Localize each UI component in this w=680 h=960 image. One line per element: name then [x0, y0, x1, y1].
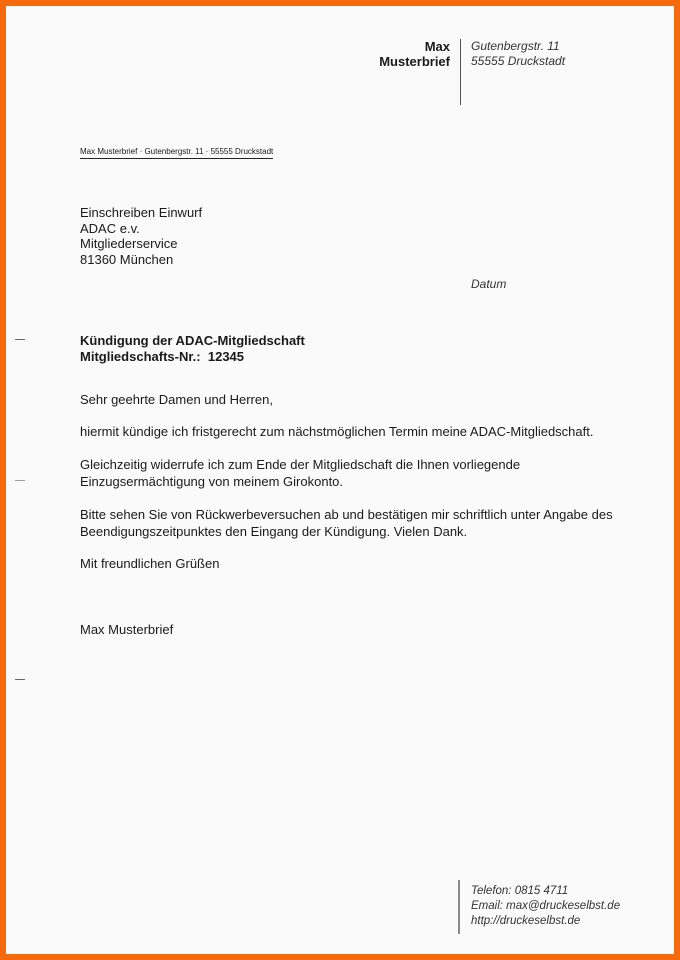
recipient-address: Einschreiben Einwurf ADAC e.v. Mitgliede…: [80, 205, 202, 267]
membership-number-line: Mitgliedschafts-Nr.: 12345: [80, 349, 305, 365]
punch-mark: [15, 480, 25, 481]
footer-email: Email: max@druckeselbst.de: [471, 899, 620, 914]
subject-block: Kündigung der ADAC-Mitgliedschaft Mitgli…: [80, 333, 305, 364]
paragraph-cancellation: hiermit kündige ich fristgerecht zum näc…: [80, 424, 620, 441]
paragraph-line: Beendigungszeitpunktes den Eingang der K…: [80, 524, 620, 541]
letterhead-last-name: Musterbrief: [336, 54, 450, 69]
paragraph-line: Einzugsermächtigung von meinem Girokonto…: [80, 474, 620, 491]
subject-title: Kündigung der ADAC-Mitgliedschaft: [80, 333, 305, 349]
letterhead-first-name: Max: [336, 39, 450, 54]
letterhead-street: Gutenbergstr. 11: [471, 39, 565, 54]
salutation: Sehr geehrte Damen und Herren,: [80, 392, 620, 409]
fold-mark-top: [15, 339, 25, 340]
recipient-line: Mitgliederservice: [80, 236, 202, 252]
letterhead-city: 55555 Druckstadt: [471, 54, 565, 69]
recipient-line: 81360 München: [80, 252, 202, 268]
footer-phone: Telefon: 0815 4711: [471, 884, 620, 899]
date-field: Datum: [471, 277, 506, 291]
letterhead-name: Max Musterbrief: [336, 39, 450, 69]
letterhead-divider: [460, 39, 461, 105]
membership-number: 12345: [208, 349, 244, 364]
paragraph-confirmation: Bitte sehen Sie von Rückwerbeversuchen a…: [80, 507, 620, 540]
fold-mark-bottom: [15, 679, 25, 680]
closing: Mit freundlichen Grüßen: [80, 556, 620, 573]
paragraph-revocation: Gleichzeitig widerrufe ich zum Ende der …: [80, 457, 620, 490]
recipient-line: Einschreiben Einwurf: [80, 205, 202, 221]
letterhead-address: Gutenbergstr. 11 55555 Druckstadt: [471, 39, 565, 69]
footer-contact: Telefon: 0815 4711 Email: max@druckeselb…: [471, 884, 620, 929]
recipient-line: ADAC e.v.: [80, 221, 202, 237]
membership-label: Mitgliedschafts-Nr.:: [80, 349, 201, 364]
letter-page: Max Musterbrief Gutenbergstr. 11 55555 D…: [6, 6, 674, 954]
footer-website: http://druckeselbst.de: [471, 914, 620, 929]
signature: Max Musterbrief: [80, 622, 620, 639]
paragraph-line: Gleichzeitig widerrufe ich zum Ende der …: [80, 457, 620, 474]
footer-divider: [458, 880, 460, 934]
paragraph-line: Bitte sehen Sie von Rückwerbeversuchen a…: [80, 507, 620, 524]
return-address-line: Max Musterbrief · Gutenbergstr. 11 · 555…: [80, 147, 273, 159]
